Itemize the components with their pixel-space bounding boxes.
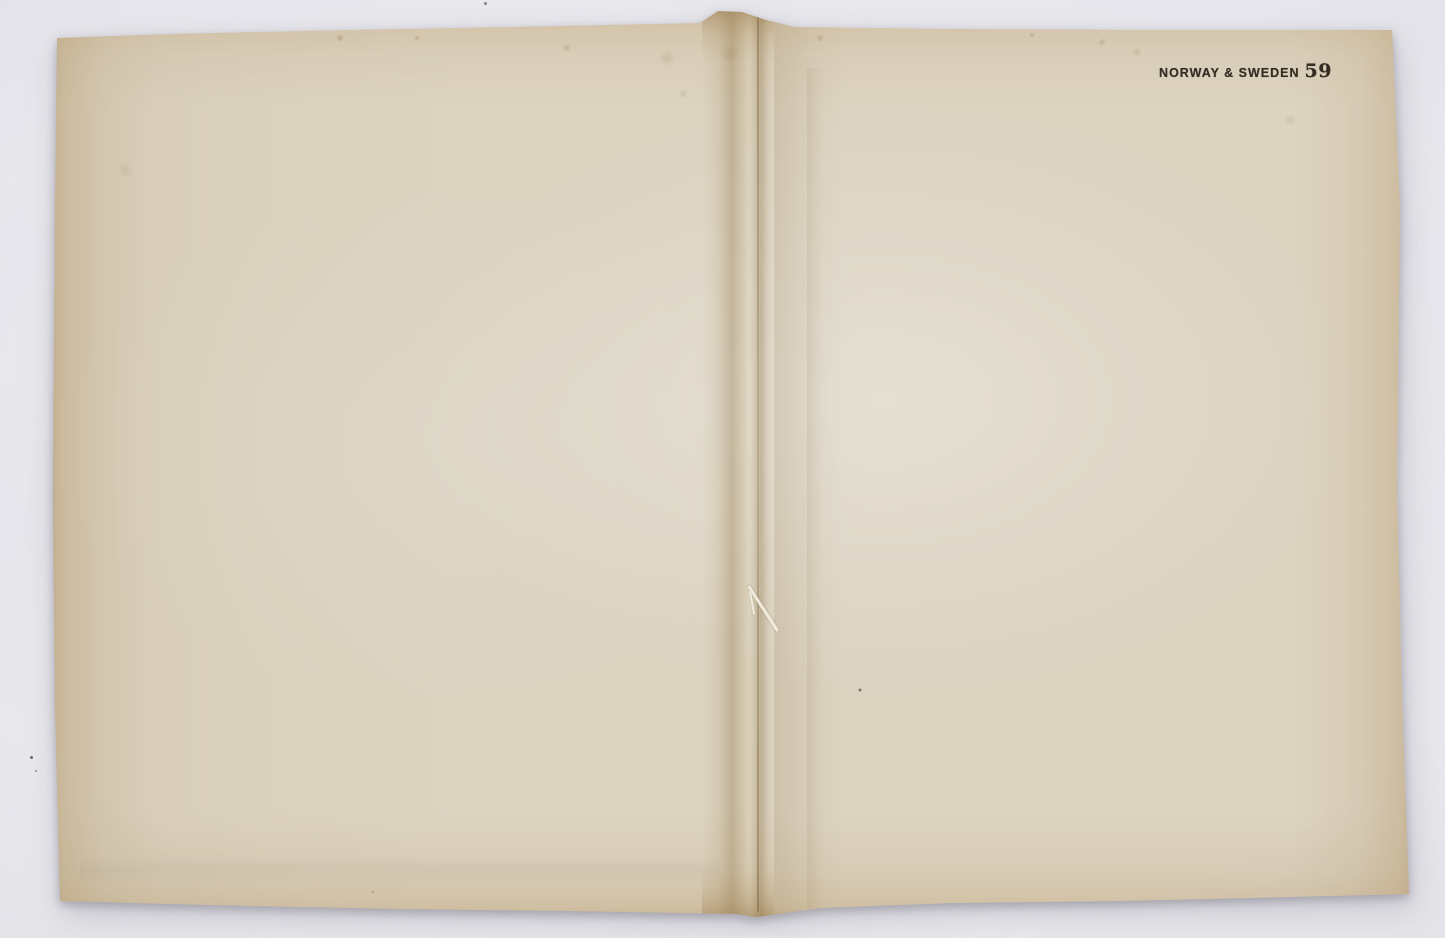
dust-speck <box>484 2 487 5</box>
sheet-title: NORWAY & SWEDEN <box>1159 66 1300 80</box>
sheet-clip <box>50 8 1414 918</box>
age-stains <box>50 8 1414 918</box>
atlas-sheet: NORWAY & SWEDEN 59 <box>50 8 1414 918</box>
sheet-header: NORWAY & SWEDEN 59 <box>1159 62 1332 81</box>
dust-speck <box>35 770 37 772</box>
page-number: 59 <box>1305 62 1332 81</box>
dust-speck <box>30 756 33 759</box>
